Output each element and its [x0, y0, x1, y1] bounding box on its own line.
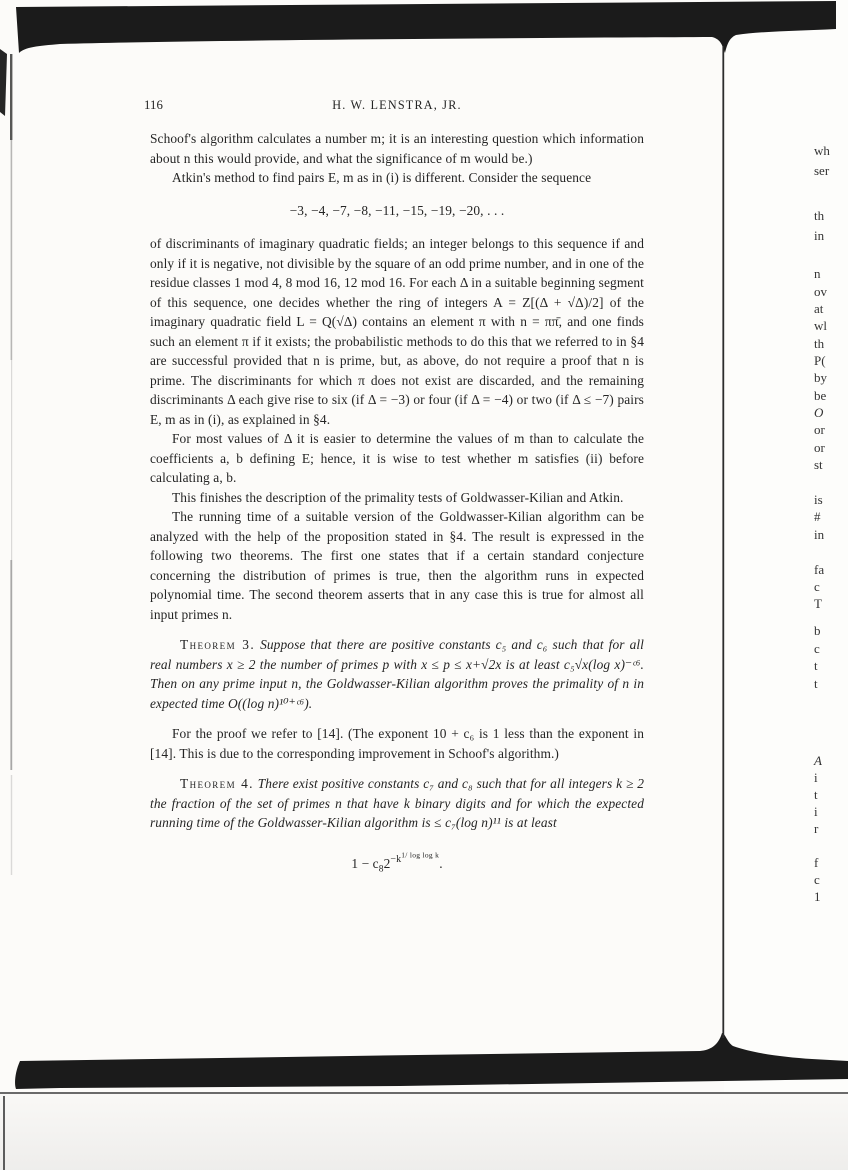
paragraph-finishes: This finishes the description of the pri…: [150, 488, 644, 508]
paragraph-proof-ref: For the proof we refer to [14]. (The exp…: [150, 724, 644, 763]
facing-line-fragment: t: [814, 676, 818, 692]
display-equation-discriminants: −3, −4, −7, −8, −11, −15, −19, −20, . . …: [150, 201, 644, 221]
facing-line-fragment: fa: [814, 562, 824, 578]
eq2-exponent: −k1/ log log k: [390, 854, 439, 865]
facing-line-fragment: t: [814, 658, 818, 674]
facing-line-fragment: n: [814, 266, 821, 282]
facing-line-fragment: or: [814, 440, 825, 456]
page-header: 116 H. W. LENSTRA, JR.: [150, 96, 644, 129]
theorem-4-label: Theorem 4.: [180, 776, 254, 791]
next-page-left-edge: [3, 1096, 5, 1170]
paragraph-atkin: Atkin's method to find pairs E, m as in …: [150, 168, 644, 188]
scanned-book-page: 116 H. W. LENSTRA, JR. Schoof's algorith…: [0, 0, 848, 1170]
eq2-period: .: [439, 855, 442, 870]
facing-line-fragment: is: [814, 492, 823, 508]
facing-line-fragment: b: [814, 623, 821, 639]
facing-line-fragment: f: [814, 855, 818, 871]
page-number: 116: [144, 96, 163, 116]
page-content: 116 H. W. LENSTRA, JR. Schoof's algorith…: [150, 96, 644, 893]
paragraph-running-time: The running time of a suitable version o…: [150, 507, 644, 624]
eq2-exp-inner: 1/ log log k: [401, 851, 439, 860]
facing-line-fragment: ov: [814, 284, 827, 300]
theorem-3: Theorem 3. Suppose that there are positi…: [150, 635, 644, 713]
display-equation-fraction: 1 − c82−k1/ log log k.: [150, 846, 644, 880]
facing-line-fragment: #: [814, 509, 821, 525]
facing-line-fragment: 1: [814, 889, 821, 905]
paragraph-most-values: For most values of Δ it is easier to det…: [150, 429, 644, 488]
facing-line-fragment: A: [814, 753, 822, 769]
facing-line-fragment: by: [814, 370, 827, 386]
facing-line-fragment: r: [814, 821, 818, 837]
facing-line-fragment: at: [814, 301, 823, 317]
eq2-base: 1 − c: [351, 855, 378, 870]
theorem-4: Theorem 4. There exist positive constant…: [150, 774, 644, 833]
facing-line-fragment: wh: [814, 143, 830, 159]
facing-line-fragment: O: [814, 405, 823, 421]
facing-line-fragment: wl: [814, 318, 827, 334]
theorem-3-label: Theorem 3.: [180, 637, 255, 652]
facing-line-fragment: c: [814, 641, 820, 657]
running-header: H. W. LENSTRA, JR.: [150, 96, 644, 116]
facing-line-fragment: T: [814, 596, 822, 612]
paragraph-discriminants: of discriminants of imaginary quadratic …: [150, 234, 644, 429]
facing-line-fragment: c: [814, 872, 820, 888]
facing-line-fragment: th: [814, 208, 824, 224]
facing-line-fragment: ser: [814, 163, 829, 179]
facing-line-fragment: t: [814, 787, 818, 803]
facing-line-fragment: or: [814, 422, 825, 438]
facing-line-fragment: c: [814, 579, 820, 595]
eq2-exp-k: −k: [390, 854, 401, 865]
facing-line-fragment: th: [814, 336, 824, 352]
paragraph-schoof: Schoof's algorithm calculates a number m…: [150, 129, 644, 168]
facing-line-fragment: be: [814, 388, 826, 404]
facing-line-fragment: P(: [814, 353, 826, 369]
next-page-edge-strip: [0, 1092, 848, 1170]
facing-line-fragment: in: [814, 527, 824, 543]
facing-line-fragment: in: [814, 228, 824, 244]
facing-page-fragments: wh ser th in n ov at wl th P( by be O or…: [814, 0, 848, 1000]
facing-line-fragment: st: [814, 457, 823, 473]
facing-line-fragment: i: [814, 804, 818, 820]
facing-line-fragment: i: [814, 770, 818, 786]
